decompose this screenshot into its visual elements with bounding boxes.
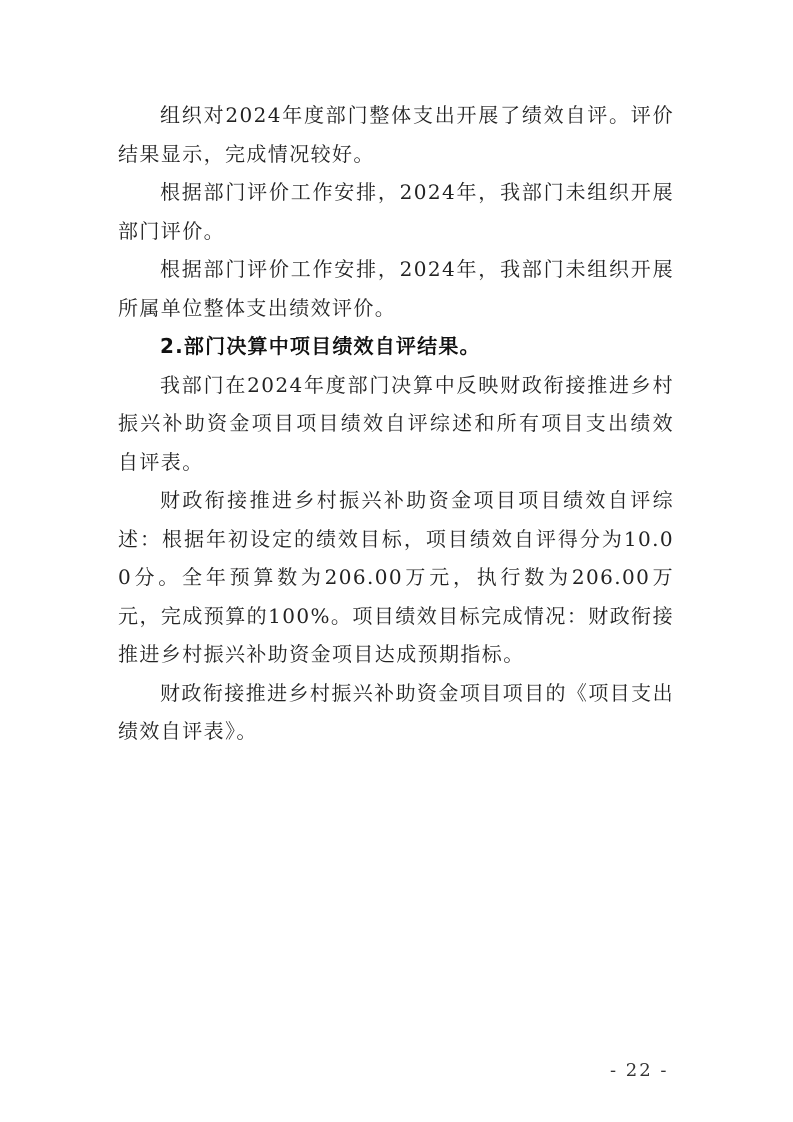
- paragraph-project-table-reference: 财政衔接推进乡村振兴补助资金项目项目的《项目支出绩效自评表》。: [118, 674, 674, 751]
- document-page: 组织对2024年度部门整体支出开展了绩效自评。评价结果显示，完成情况较好。 根据…: [118, 96, 674, 751]
- paragraph-project-summary: 财政衔接推进乡村振兴补助资金项目项目绩效自评综述：根据年初设定的绩效目标，项目绩…: [118, 481, 674, 674]
- paragraph-unit-evaluation: 根据部门评价工作安排，2024年，我部门未组织开展所属单位整体支出绩效评价。: [118, 250, 674, 327]
- paragraph-self-evaluation-result: 组织对2024年度部门整体支出开展了绩效自评。评价结果显示，完成情况较好。: [118, 96, 674, 173]
- paragraph-department-evaluation: 根据部门评价工作安排，2024年，我部门未组织开展部门评价。: [118, 173, 674, 250]
- section-heading: 2.部门决算中项目绩效自评结果。: [118, 327, 674, 366]
- paragraph-project-overview: 我部门在2024年度部门决算中反映财政衔接推进乡村振兴补助资金项目项目绩效自评综…: [118, 366, 674, 482]
- page-number: - 22 -: [610, 1060, 669, 1081]
